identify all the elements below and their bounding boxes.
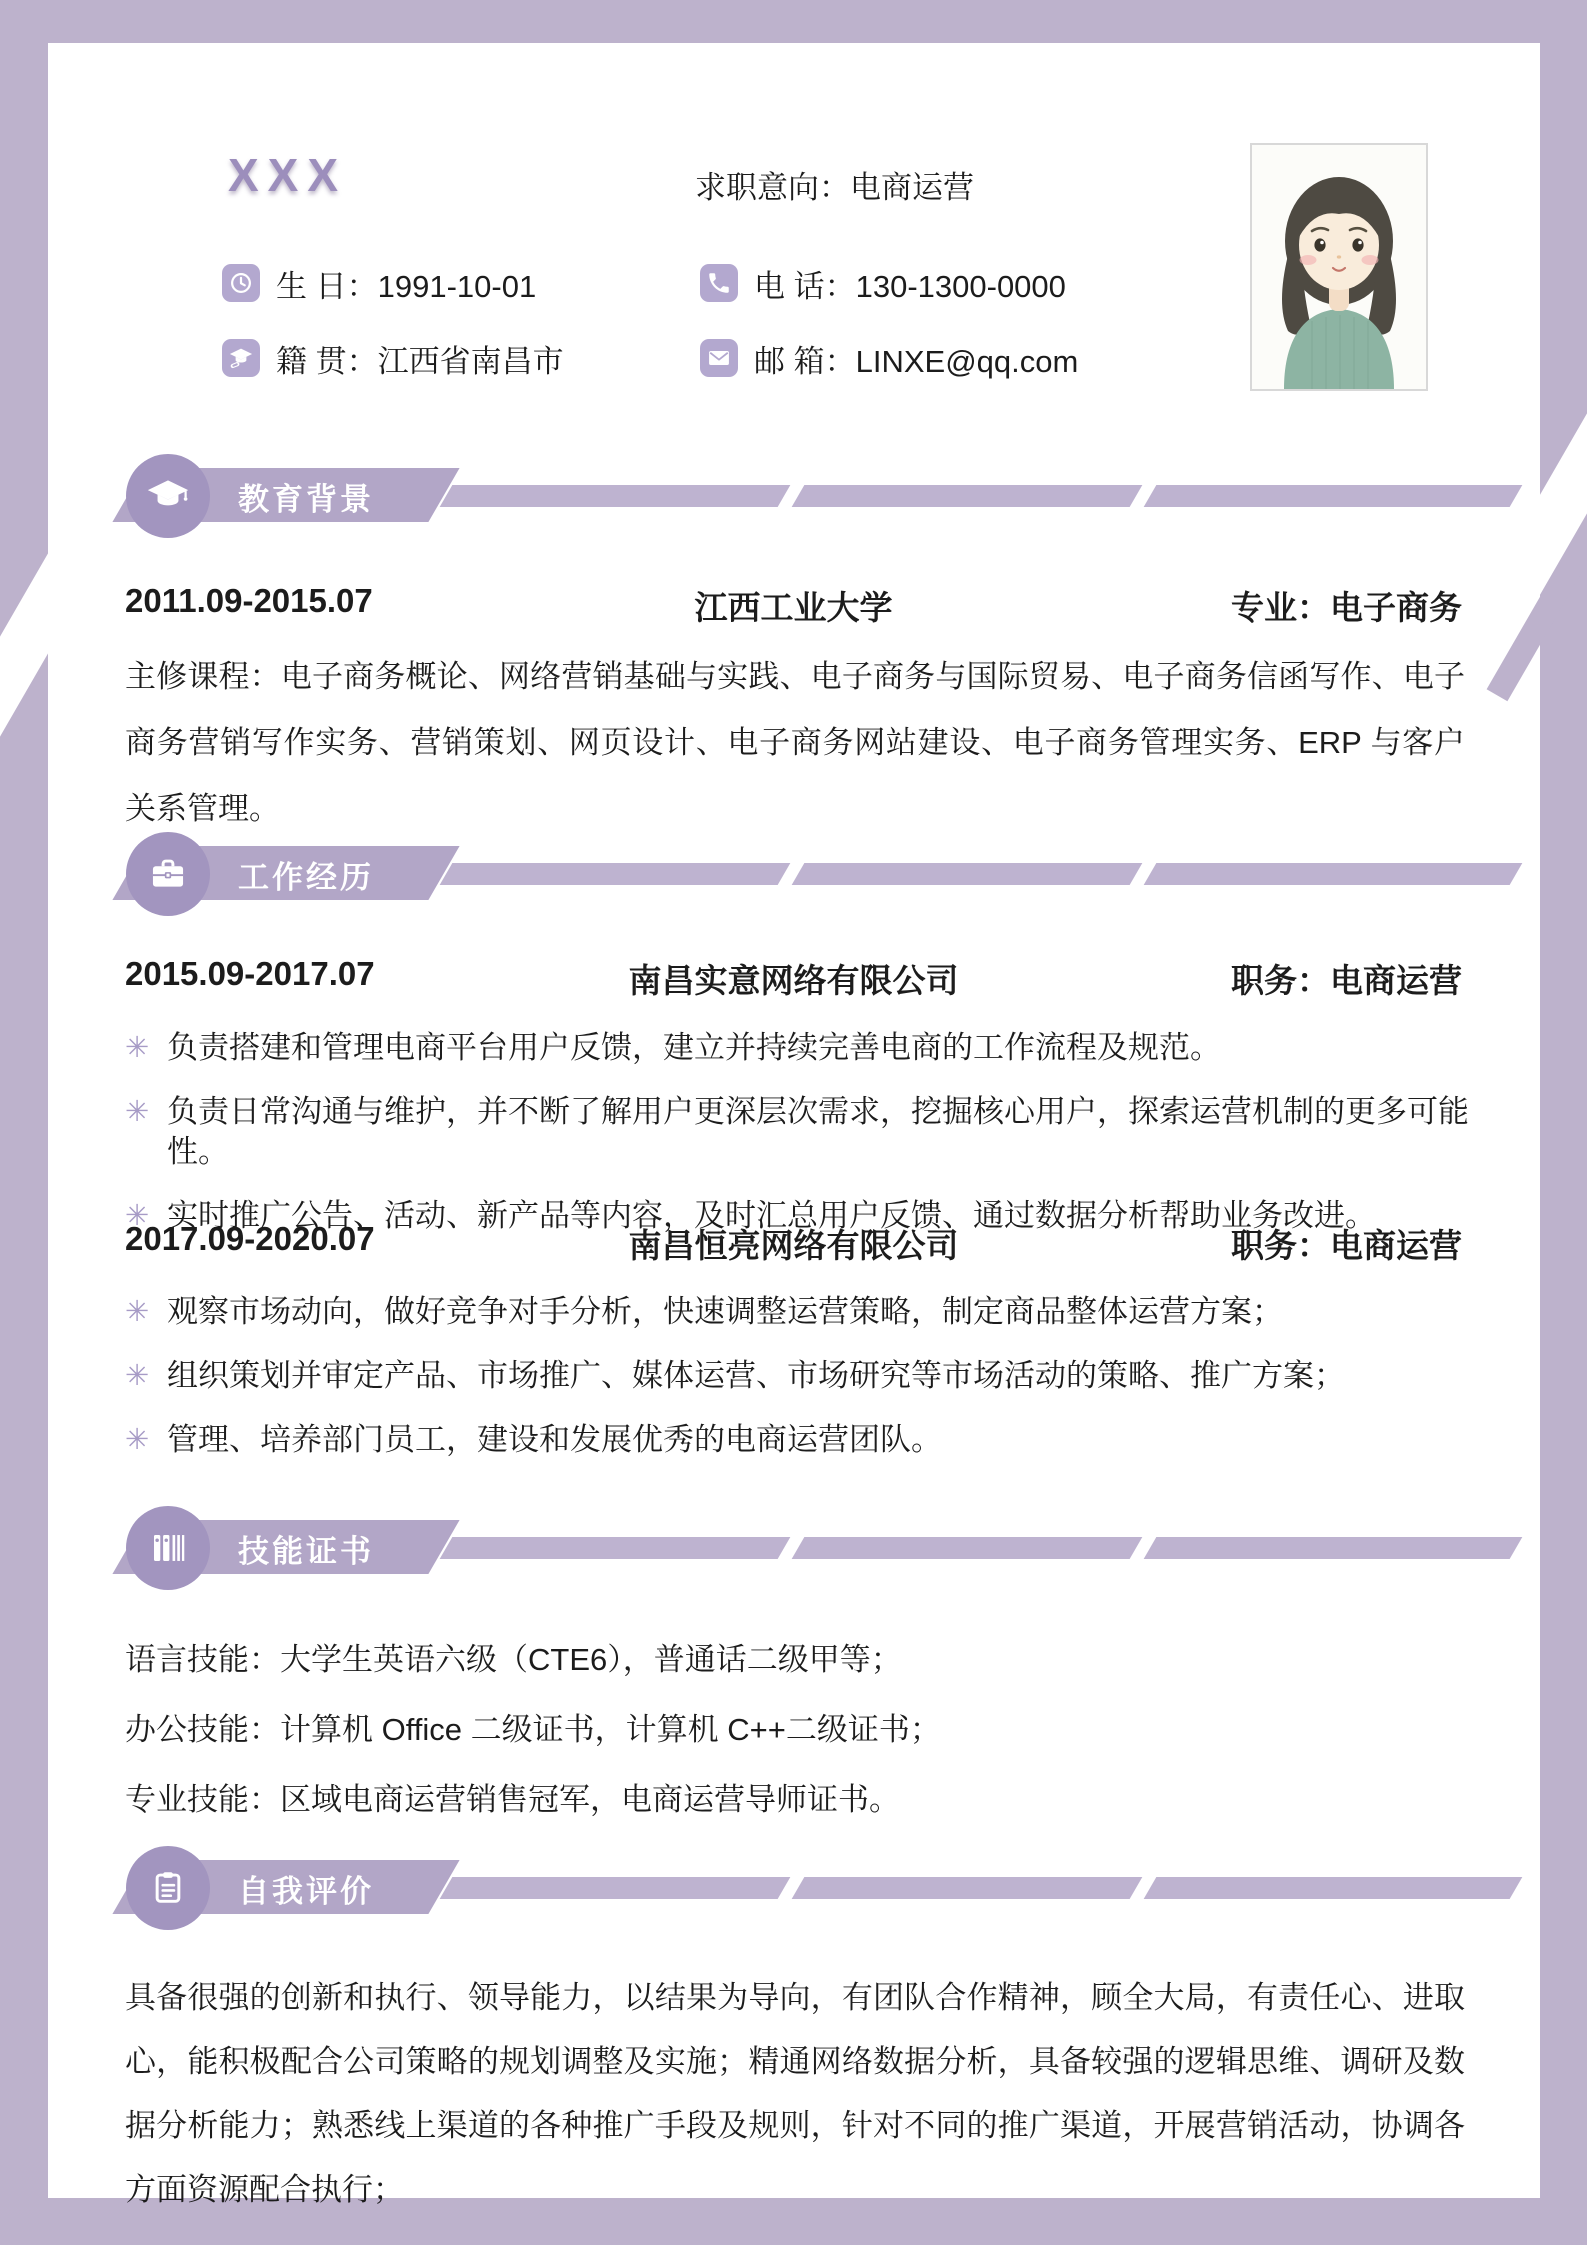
- bullet-text: 观察市场动向，做好竞争对手分析，快速调整运营策略，制定商品整体运营方案；: [167, 1292, 1283, 1332]
- avatar: [1250, 143, 1428, 391]
- bullet-row: ✳组织策划并审定产品、市场推广、媒体运营、市场研究等市场活动的策略、推广方案；: [125, 1356, 1470, 1396]
- job2-header-row: 2017.09-2020.07 南昌恒亮网络有限公司 职务：电商运营: [125, 1220, 1462, 1262]
- bullet-row: ✳负责搭建和管理电商平台用户反馈，建立并持续完善电商的工作流程及规范。: [125, 1028, 1470, 1068]
- ribbon-bar: [1144, 1537, 1523, 1559]
- phone-text: 电 话：130-1300-0000: [754, 261, 1066, 306]
- bullet-text: 负责搭建和管理电商平台用户反馈，建立并持续完善电商的工作流程及规范。: [167, 1028, 1221, 1068]
- ribbon-bar: [440, 485, 791, 507]
- ribbon-bar: [1144, 485, 1523, 507]
- origin-text: 籍 贯：江西省南昌市: [276, 336, 564, 381]
- section-title: 工作经历: [238, 852, 374, 897]
- resume-page: XXX 求职意向：电商运营 生 日：1991-10-01 籍 贯：江西省南昌市 …: [0, 0, 1587, 2245]
- bullet-text: 负责日常沟通与维护，并不断了解用户更深层次需求，挖掘核心用户，探索运营机制的更多…: [167, 1092, 1470, 1172]
- info-phone: 电 话：130-1300-0000: [700, 263, 1066, 303]
- skill-item: 办公技能：计算机 Office 二级证书，计算机 C++二级证书；: [125, 1710, 1470, 1750]
- section-title: 自我评价: [238, 1866, 374, 1911]
- ribbon-bar: [1144, 863, 1523, 885]
- job2-position: 职务：电商运营: [1231, 1220, 1462, 1267]
- section-header-work: 工作经历: [0, 832, 1587, 916]
- bullet-text: 组织策划并审定产品、市场推广、媒体运营、市场研究等市场活动的策略、推广方案；: [167, 1356, 1345, 1396]
- bullet-row: ✳管理、培养部门员工，建设和发展优秀的电商运营团队。: [125, 1420, 1470, 1460]
- asterisk-bullet-icon: ✳: [125, 1356, 167, 1396]
- section-header-education: 教育背景: [0, 454, 1587, 538]
- info-birthday: 生 日：1991-10-01: [222, 263, 536, 303]
- ribbon-bar: [792, 863, 1143, 885]
- scholar-icon: [222, 339, 260, 377]
- info-origin: 籍 贯：江西省南昌市: [222, 338, 564, 378]
- section-header-evaluation: 自我评价: [0, 1846, 1587, 1930]
- asterisk-bullet-icon: ✳: [125, 1028, 167, 1068]
- ribbon-bar: [440, 1877, 791, 1899]
- ribbon-bar: [440, 1537, 791, 1559]
- ribbon-bar: [1144, 1877, 1523, 1899]
- books-icon: [126, 1506, 210, 1590]
- section-header-skills: 技能证书: [0, 1506, 1587, 1590]
- asterisk-bullet-icon: ✳: [125, 1092, 167, 1132]
- mail-icon: [700, 339, 738, 377]
- graduation-cap-icon: [126, 454, 210, 538]
- ribbon-bar: [440, 863, 791, 885]
- job1-header-row: 2015.09-2017.07 南昌实意网络有限公司 职务：电商运营: [125, 955, 1462, 997]
- section-title: 技能证书: [238, 1526, 374, 1571]
- ribbon-bar: [792, 1537, 1143, 1559]
- skill-item: 专业技能：区域电商运营销售冠军，电商运营导师证书。: [125, 1780, 1470, 1820]
- phone-icon: [700, 264, 738, 302]
- ribbon-bar: [792, 1877, 1143, 1899]
- job2-bullets: ✳观察市场动向，做好竞争对手分析，快速调整运营策略，制定商品整体运营方案； ✳组…: [125, 1292, 1470, 1484]
- job1-position: 职务：电商运营: [1231, 955, 1462, 1002]
- job-objective: 求职意向：电商运营: [695, 162, 974, 207]
- ribbon-bar: [792, 485, 1143, 507]
- candidate-name: XXX: [228, 148, 347, 202]
- briefcase-icon: [126, 832, 210, 916]
- frame-top: [0, 0, 1587, 43]
- birthday-text: 生 日：1991-10-01: [276, 261, 536, 306]
- mail-text: 邮 箱：LINXE@qq.com: [754, 336, 1078, 381]
- asterisk-bullet-icon: ✳: [125, 1420, 167, 1460]
- asterisk-bullet-icon: ✳: [125, 1292, 167, 1332]
- clipboard-icon: [126, 1846, 210, 1930]
- education-header-row: 2011.09-2015.07 江西工业大学 专业：电子商务: [125, 582, 1462, 624]
- section-title: 教育背景: [238, 474, 374, 519]
- education-major: 专业：电子商务: [1231, 582, 1462, 629]
- bullet-text: 管理、培养部门员工，建设和发展优秀的电商运营团队。: [167, 1420, 942, 1460]
- skills-list: 语言技能：大学生英语六级（CTE6），普通话二级甲等； 办公技能：计算机 Off…: [125, 1640, 1470, 1850]
- skill-item: 语言技能：大学生英语六级（CTE6），普通话二级甲等；: [125, 1640, 1470, 1680]
- evaluation-text: 具备很强的创新和执行、领导能力，以结果为导向，有团队合作精神，顾全大局，有责任心…: [125, 1966, 1465, 2222]
- education-courses: 主修课程：电子商务概论、网络营销基础与实践、电子商务与国际贸易、电子商务信函写作…: [125, 644, 1465, 842]
- bullet-row: ✳负责日常沟通与维护，并不断了解用户更深层次需求，挖掘核心用户，探索运营机制的更…: [125, 1092, 1470, 1172]
- info-mail: 邮 箱：LINXE@qq.com: [700, 338, 1078, 378]
- clock-icon: [222, 264, 260, 302]
- bullet-row: ✳观察市场动向，做好竞争对手分析，快速调整运营策略，制定商品整体运营方案；: [125, 1292, 1470, 1332]
